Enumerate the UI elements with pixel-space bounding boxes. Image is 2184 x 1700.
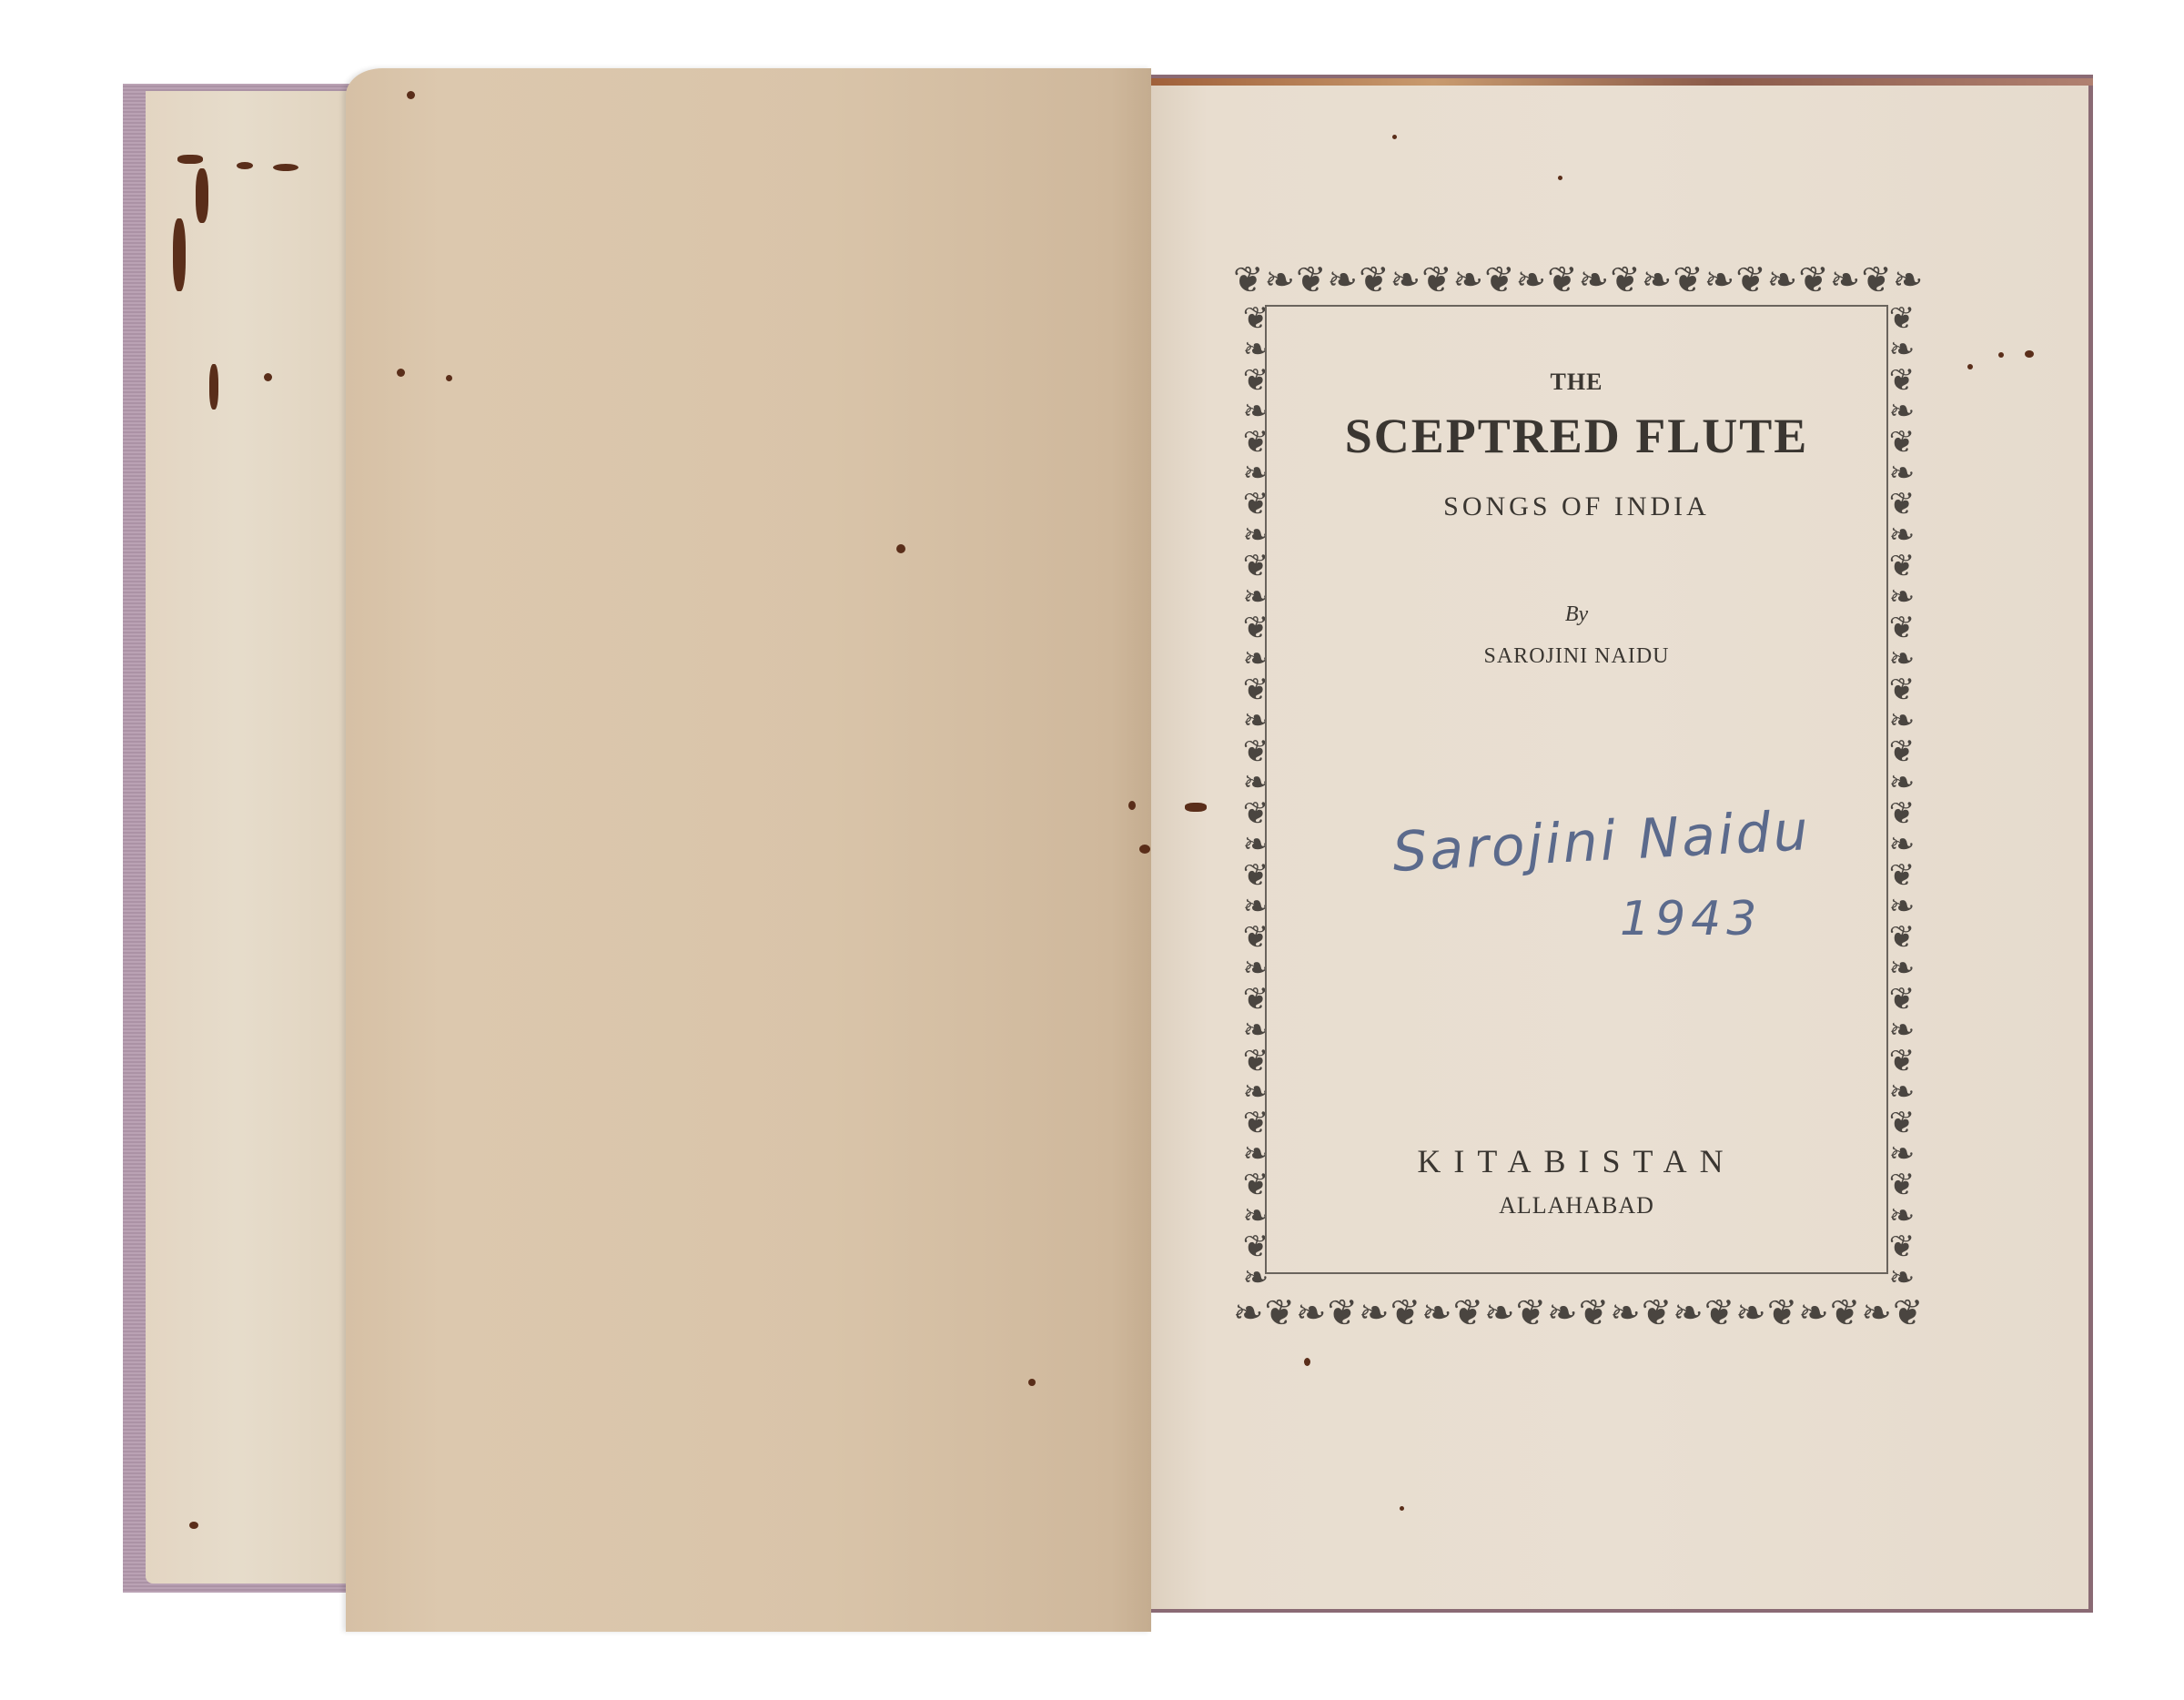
publisher-name: KITABISTAN — [1265, 1142, 1888, 1180]
worm-hole — [237, 162, 253, 169]
spot — [1558, 176, 1562, 180]
spot — [896, 544, 905, 553]
page-top-edge — [1151, 78, 2093, 86]
worm-hole — [273, 164, 298, 171]
spot — [1400, 1506, 1404, 1511]
handwritten-year: 1943 — [1620, 892, 1762, 946]
worm-hole — [177, 155, 203, 164]
spot — [397, 369, 405, 377]
title-article: THE — [1265, 369, 1888, 396]
spot — [1967, 364, 1973, 369]
front-pastedown — [146, 91, 373, 1584]
by-label: By — [1265, 602, 1888, 627]
spot — [407, 91, 415, 99]
spot — [1392, 135, 1397, 139]
book-subtitle: SONGS OF INDIA — [1265, 491, 1888, 522]
spot — [2025, 350, 2034, 358]
worm-hole — [209, 364, 218, 410]
spot — [1304, 1358, 1310, 1366]
publisher-city: ALLAHABAD — [1265, 1192, 1888, 1219]
spot — [1139, 845, 1150, 854]
spot — [264, 373, 272, 381]
ornament-top: ❦❧❦❧❦❧❦❧❦❧❦❧❦❧❦❧❦❧❦❧❦❧❦❧❦❧❦❧❦❧❦❧❦❧❦❧ — [1233, 258, 1925, 303]
spot — [189, 1522, 198, 1529]
author-name: SAROJINI NAIDU — [1265, 644, 1888, 669]
spot — [1128, 801, 1136, 810]
spot — [1998, 352, 2004, 358]
worm-hole — [196, 168, 208, 223]
worm-hole — [173, 218, 186, 291]
book-title: SCEPTRED FLUTE — [1265, 408, 1888, 464]
ornament-bottom: ❧❦❧❦❧❦❧❦❧❦❧❦❧❦❧❦❧❦❧❦❧❦❧❦❧❦❧❦❧❦❧❦❧❦ — [1233, 1290, 1925, 1336]
spot — [1028, 1379, 1036, 1386]
spot — [446, 375, 452, 381]
spot — [1185, 803, 1207, 812]
left-page-blank-leaf — [346, 68, 1151, 1632]
